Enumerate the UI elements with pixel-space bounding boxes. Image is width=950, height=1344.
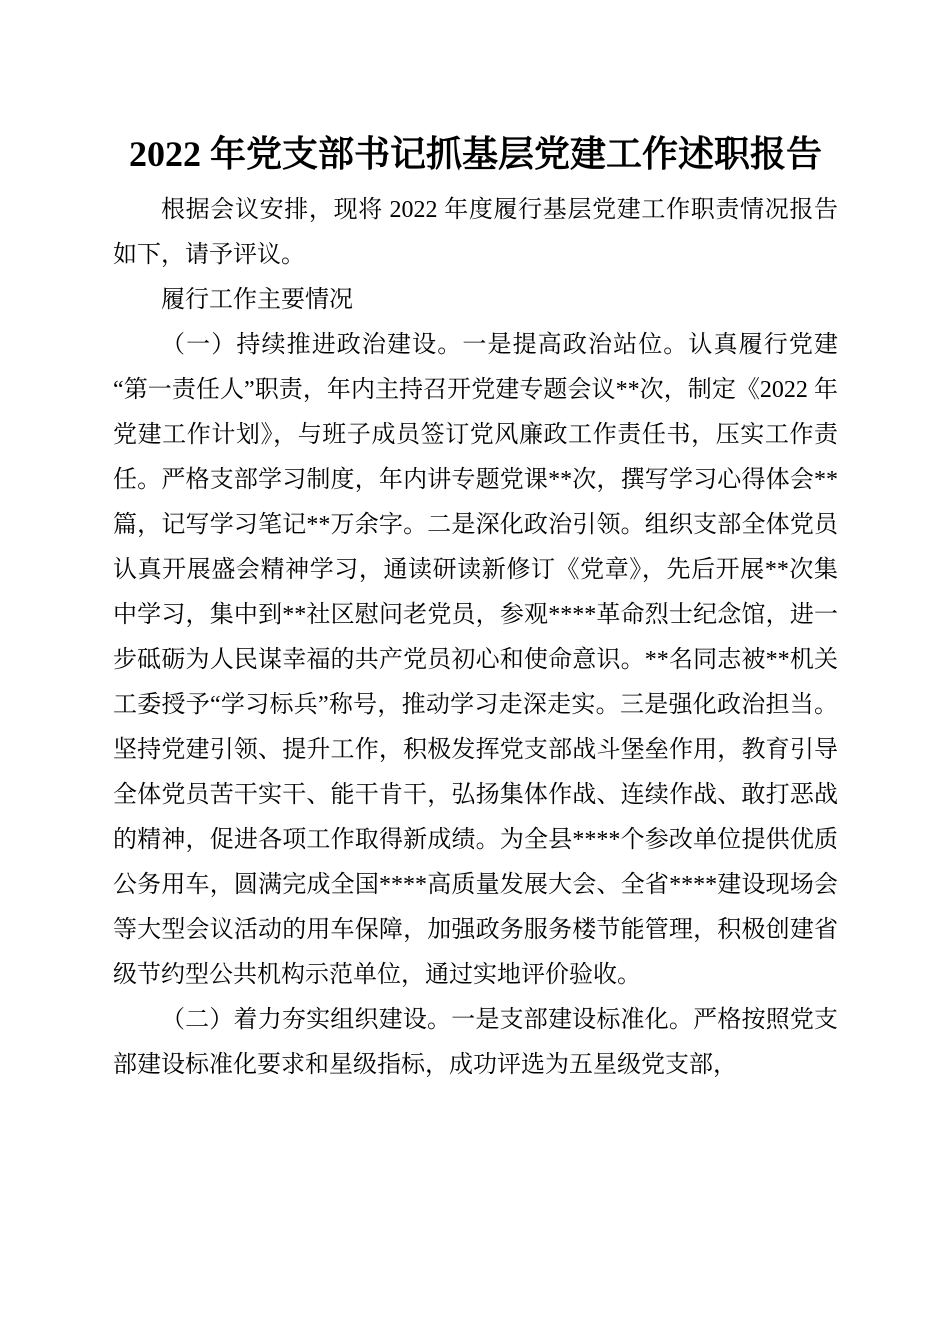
document-title: 2022 年党支部书记抓基层党建工作述职报告 xyxy=(113,126,838,182)
section-one-paragraph: （一）持续推进政治建设。一是提高政治站位。认真履行党建“第一责任人”职责，年内主… xyxy=(113,323,838,998)
document-content: 2022 年党支部书记抓基层党建工作述职报告 根据会议安排，现将 2022 年度… xyxy=(113,126,838,1088)
section-heading-paragraph: 履行工作主要情况 xyxy=(113,278,838,323)
section-two-paragraph: （二）着力夯实组织建设。一是支部建设标准化。严格按照党支部建设标准化要求和星级指… xyxy=(113,998,838,1088)
document-page: 2022 年党支部书记抓基层党建工作述职报告 根据会议安排，现将 2022 年度… xyxy=(0,0,950,1344)
intro-paragraph: 根据会议安排，现将 2022 年度履行基层党建工作职责情况报告如下，请予评议。 xyxy=(113,188,838,278)
